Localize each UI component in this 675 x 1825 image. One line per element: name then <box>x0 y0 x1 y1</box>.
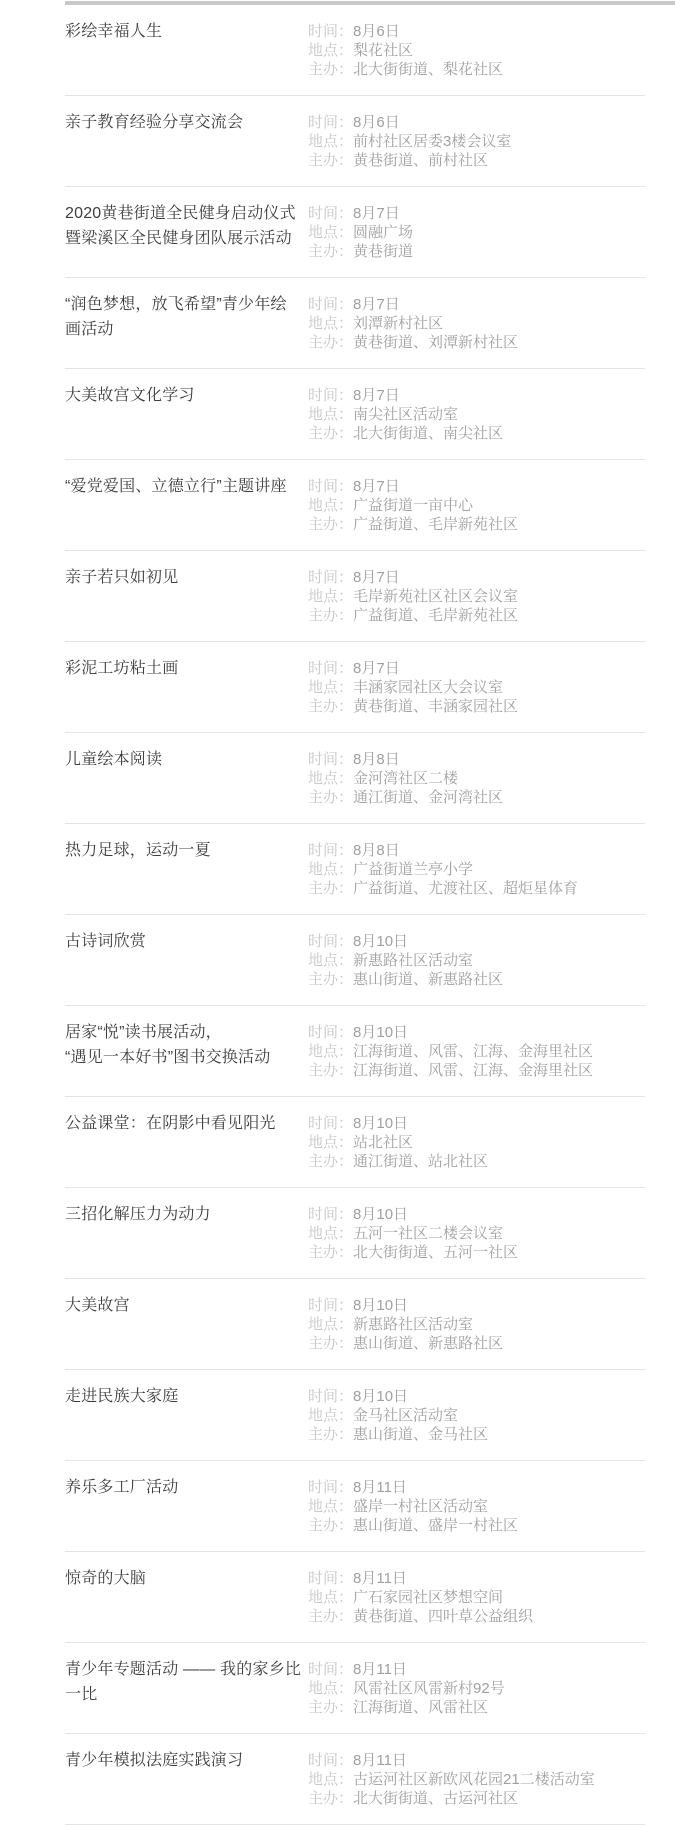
organizer-label: 主办： <box>308 1243 353 1262</box>
event-location-line: 地点： 圆融广场 <box>308 223 645 242</box>
location-value: 江海街道、风雷、江海、金海里社区 <box>353 1042 593 1061</box>
event-details: 时间： 8月10日 地点： 五河一社区二楼会议室 主办： 北大街街道、五河一社区 <box>308 1205 645 1262</box>
event-time-line: 时间： 8月11日 <box>308 1751 645 1770</box>
event-time-line: 时间： 8月11日 <box>308 1478 645 1497</box>
event-location-line: 地点： 盛岸一村社区活动室 <box>308 1497 645 1516</box>
time-label: 时间： <box>308 1478 353 1497</box>
event-title: 亲子教育经验分享交流会 <box>65 110 308 135</box>
time-value: 8月7日 <box>353 386 400 405</box>
event-organizer-line: 主办： 广益街道、毛岸新苑社区 <box>308 606 645 625</box>
time-label: 时间： <box>308 1751 353 1770</box>
event-time-line: 时间： 8月10日 <box>308 1387 645 1406</box>
event-title: 公益课堂：在阴影中看见阳光 <box>65 1111 308 1136</box>
location-value: 广石家园社区梦想空间 <box>353 1588 503 1607</box>
event-title: 青少年专题活动 —— 我的家乡比一比 <box>65 1657 308 1707</box>
event-organizer-line: 主办： 广益街道、毛岸新苑社区 <box>308 515 645 534</box>
location-label: 地点： <box>308 678 353 697</box>
organizer-value: 惠山街道、新惠路社区 <box>353 1334 503 1353</box>
event-title: 彩绘幸福人生 <box>65 19 308 44</box>
event-title: 热力足球，运动一夏 <box>65 838 308 863</box>
event-row: 三招化解压力为动力 时间： 8月10日 地点： 五河一社区二楼会议室 主办： 北… <box>65 1188 645 1279</box>
organizer-label: 主办： <box>308 515 353 534</box>
location-value: 南尖社区活动室 <box>353 405 458 424</box>
event-row: 青少年模拟法庭实践演习 时间： 8月11日 地点： 古运河社区新欧风花园21二楼… <box>65 1734 645 1825</box>
organizer-value: 黄巷街道、四叶草公益组织 <box>353 1607 533 1626</box>
event-location-line: 地点： 新惠路社区活动室 <box>308 1315 645 1334</box>
organizer-label: 主办： <box>308 1061 353 1080</box>
event-location-line: 地点： 站北社区 <box>308 1133 645 1152</box>
event-row: 走进民族大家庭 时间： 8月10日 地点： 金马社区活动室 主办： 惠山街道、金… <box>65 1370 645 1461</box>
organizer-value: 北大街街道、南尖社区 <box>353 424 503 443</box>
time-value: 8月10日 <box>353 1023 408 1042</box>
organizer-label: 主办： <box>308 1425 353 1444</box>
event-location-line: 地点： 金河湾社区二楼 <box>308 769 645 788</box>
event-organizer-line: 主办： 黄巷街道、丰涵家园社区 <box>308 697 645 716</box>
event-location-line: 地点： 江海街道、风雷、江海、金海里社区 <box>308 1042 645 1061</box>
event-organizer-line: 主办： 黄巷街道、四叶草公益组织 <box>308 1607 645 1626</box>
location-value: 毛岸新苑社区社区会议室 <box>353 587 518 606</box>
organizer-label: 主办： <box>308 1607 353 1626</box>
event-time-line: 时间： 8月6日 <box>308 22 645 41</box>
time-value: 8月11日 <box>353 1660 407 1679</box>
event-details: 时间： 8月6日 地点： 梨花社区 主办： 北大街街道、梨花社区 <box>308 22 645 79</box>
event-details: 时间： 8月6日 地点： 前村社区居委3楼会议室 主办： 黄巷街道、前村社区 <box>308 113 645 170</box>
location-label: 地点： <box>308 1315 353 1334</box>
time-label: 时间： <box>308 1023 353 1042</box>
event-organizer-line: 主办： 通江街道、站北社区 <box>308 1152 645 1171</box>
organizer-value: 黄巷街道、丰涵家园社区 <box>353 697 518 716</box>
location-value: 盛岸一村社区活动室 <box>353 1497 488 1516</box>
location-label: 地点： <box>308 1497 353 1516</box>
event-time-line: 时间： 8月10日 <box>308 1114 645 1133</box>
event-title: 居家“悦”读书展活动， “遇见一本好书”图书交换活动 <box>65 1020 308 1070</box>
organizer-label: 主办： <box>308 1698 353 1717</box>
event-row: 2020黄巷街道全民健身启动仪式 暨梁溪区全民健身团队展示活动 时间： 8月7日… <box>65 187 645 278</box>
time-value: 8月10日 <box>353 932 408 951</box>
event-organizer-line: 主办： 北大街街道、古运河社区 <box>308 1789 645 1808</box>
event-location-line: 地点： 风雷社区风雷新村92号 <box>308 1679 645 1698</box>
event-row: 大美故宫文化学习 时间： 8月7日 地点： 南尖社区活动室 主办： 北大街街道、… <box>65 369 645 460</box>
event-location-line: 地点： 刘潭新村社区 <box>308 314 645 333</box>
time-value: 8月10日 <box>353 1205 408 1224</box>
event-row: 亲子若只如初见 时间： 8月7日 地点： 毛岸新苑社区社区会议室 主办： 广益街… <box>65 551 645 642</box>
organizer-label: 主办： <box>308 879 353 898</box>
organizer-label: 主办： <box>308 1789 353 1808</box>
location-label: 地点： <box>308 1042 353 1061</box>
event-organizer-line: 主办： 北大街街道、南尖社区 <box>308 424 645 443</box>
time-value: 8月7日 <box>353 204 400 223</box>
time-label: 时间： <box>308 659 353 678</box>
event-details: 时间： 8月7日 地点： 圆融广场 主办： 黄巷街道 <box>308 204 645 261</box>
event-time-line: 时间： 8月10日 <box>308 1205 645 1224</box>
organizer-value: 广益街道、尤渡社区、超炬星体育 <box>353 879 578 898</box>
event-details: 时间： 8月10日 地点： 站北社区 主办： 通江街道、站北社区 <box>308 1114 645 1171</box>
location-value: 圆融广场 <box>353 223 413 242</box>
organizer-label: 主办： <box>308 1334 353 1353</box>
organizer-value: 惠山街道、新惠路社区 <box>353 970 503 989</box>
event-time-line: 时间： 8月11日 <box>308 1569 645 1588</box>
time-value: 8月8日 <box>353 841 400 860</box>
event-details: 时间： 8月10日 地点： 新惠路社区活动室 主办： 惠山街道、新惠路社区 <box>308 932 645 989</box>
event-time-line: 时间： 8月10日 <box>308 932 645 951</box>
organizer-label: 主办： <box>308 788 353 807</box>
time-value: 8月8日 <box>353 750 400 769</box>
time-label: 时间： <box>308 295 353 314</box>
organizer-value: 江海街道、风雷、江海、金海里社区 <box>353 1061 593 1080</box>
time-value: 8月6日 <box>353 22 400 41</box>
event-row: 青少年专题活动 —— 我的家乡比一比 时间： 8月11日 地点： 风雷社区风雷新… <box>65 1643 645 1734</box>
location-label: 地点： <box>308 769 353 788</box>
location-value: 金河湾社区二楼 <box>353 769 458 788</box>
location-value: 古运河社区新欧风花园21二楼活动室 <box>353 1770 595 1789</box>
event-organizer-line: 主办： 江海街道、风雷、江海、金海里社区 <box>308 1061 645 1080</box>
time-value: 8月7日 <box>353 568 400 587</box>
event-details: 时间： 8月11日 地点： 盛岸一村社区活动室 主办： 惠山街道、盛岸一村社区 <box>308 1478 645 1535</box>
time-value: 8月7日 <box>353 659 400 678</box>
location-value: 梨花社区 <box>353 41 413 60</box>
time-value: 8月6日 <box>353 113 400 132</box>
event-details: 时间： 8月8日 地点： 金河湾社区二楼 主办： 通江街道、金河湾社区 <box>308 750 645 807</box>
organizer-label: 主办： <box>308 1152 353 1171</box>
event-location-line: 地点： 丰涵家园社区大会议室 <box>308 678 645 697</box>
event-row: 惊奇的大脑 时间： 8月11日 地点： 广石家园社区梦想空间 主办： 黄巷街道、… <box>65 1552 645 1643</box>
organizer-value: 广益街道、毛岸新苑社区 <box>353 515 518 534</box>
location-label: 地点： <box>308 1588 353 1607</box>
organizer-value: 惠山街道、金马社区 <box>353 1425 488 1444</box>
event-time-line: 时间： 8月11日 <box>308 1660 645 1679</box>
organizer-value: 北大街街道、五河一社区 <box>353 1243 518 1262</box>
time-label: 时间： <box>308 22 353 41</box>
organizer-value: 通江街道、金河湾社区 <box>353 788 503 807</box>
event-details: 时间： 8月11日 地点： 广石家园社区梦想空间 主办： 黄巷街道、四叶草公益组… <box>308 1569 645 1626</box>
event-organizer-line: 主办： 黄巷街道、前村社区 <box>308 151 645 170</box>
event-details: 时间： 8月10日 地点： 新惠路社区活动室 主办： 惠山街道、新惠路社区 <box>308 1296 645 1353</box>
event-row: 热力足球，运动一夏 时间： 8月8日 地点： 广益街道兰亭小学 主办： 广益街道… <box>65 824 645 915</box>
location-value: 金马社区活动室 <box>353 1406 458 1425</box>
event-details: 时间： 8月7日 地点： 毛岸新苑社区社区会议室 主办： 广益街道、毛岸新苑社区 <box>308 568 645 625</box>
event-title: 彩泥工坊粘土画 <box>65 656 308 681</box>
location-value: 五河一社区二楼会议室 <box>353 1224 503 1243</box>
event-time-line: 时间： 8月10日 <box>308 1023 645 1042</box>
event-time-line: 时间： 8月7日 <box>308 386 645 405</box>
event-organizer-line: 主办： 广益街道、尤渡社区、超炬星体育 <box>308 879 645 898</box>
organizer-value: 北大街街道、梨花社区 <box>353 60 503 79</box>
event-row: 彩泥工坊粘土画 时间： 8月7日 地点： 丰涵家园社区大会议室 主办： 黄巷街道… <box>65 642 645 733</box>
time-label: 时间： <box>308 1296 353 1315</box>
event-location-line: 地点： 梨花社区 <box>308 41 645 60</box>
event-time-line: 时间： 8月7日 <box>308 568 645 587</box>
time-value: 8月10日 <box>353 1296 408 1315</box>
event-details: 时间： 8月11日 地点： 古运河社区新欧风花园21二楼活动室 主办： 北大街街… <box>308 1751 645 1808</box>
time-value: 8月10日 <box>353 1114 408 1133</box>
organizer-label: 主办： <box>308 60 353 79</box>
location-value: 站北社区 <box>353 1133 413 1152</box>
event-row: “爱党爱国、立德立行”主题讲座 时间： 8月7日 地点： 广益街道一亩中心 主办… <box>65 460 645 551</box>
organizer-label: 主办： <box>308 970 353 989</box>
event-row: “润色梦想，放飞希望”青少年绘画活动 时间： 8月7日 地点： 刘潭新村社区 主… <box>65 278 645 369</box>
event-details: 时间： 8月10日 地点： 金马社区活动室 主办： 惠山街道、金马社区 <box>308 1387 645 1444</box>
event-organizer-line: 主办： 惠山街道、盛岸一村社区 <box>308 1516 645 1535</box>
event-location-line: 地点： 五河一社区二楼会议室 <box>308 1224 645 1243</box>
event-title: 古诗词欣赏 <box>65 929 308 954</box>
event-title: 大美故宫 <box>65 1293 308 1318</box>
location-label: 地点： <box>308 1224 353 1243</box>
location-value: 刘潭新村社区 <box>353 314 443 333</box>
time-label: 时间： <box>308 1387 353 1406</box>
location-value: 广益街道一亩中心 <box>353 496 473 515</box>
time-label: 时间： <box>308 1114 353 1133</box>
event-title: 走进民族大家庭 <box>65 1384 308 1409</box>
event-title: 三招化解压力为动力 <box>65 1202 308 1227</box>
time-label: 时间： <box>308 932 353 951</box>
time-label: 时间： <box>308 386 353 405</box>
organizer-value: 江海街道、风雷社区 <box>353 1698 488 1717</box>
event-title: 养乐多工厂活动 <box>65 1475 308 1500</box>
location-label: 地点： <box>308 41 353 60</box>
event-organizer-line: 主办： 黄巷街道 <box>308 242 645 261</box>
organizer-label: 主办： <box>308 242 353 261</box>
time-value: 8月11日 <box>353 1569 407 1588</box>
event-time-line: 时间： 8月8日 <box>308 841 645 860</box>
organizer-value: 黄巷街道、前村社区 <box>353 151 488 170</box>
event-row: 大美故宫 时间： 8月10日 地点： 新惠路社区活动室 主办： 惠山街道、新惠路… <box>65 1279 645 1370</box>
event-location-line: 地点： 古运河社区新欧风花园21二楼活动室 <box>308 1770 645 1789</box>
event-organizer-line: 主办： 黄巷街道、刘潭新村社区 <box>308 333 645 352</box>
organizer-label: 主办： <box>308 151 353 170</box>
event-title: 2020黄巷街道全民健身启动仪式 暨梁溪区全民健身团队展示活动 <box>65 201 308 251</box>
event-title: 儿童绘本阅读 <box>65 747 308 772</box>
event-location-line: 地点： 毛岸新苑社区社区会议室 <box>308 587 645 606</box>
location-value: 新惠路社区活动室 <box>353 1315 473 1334</box>
event-time-line: 时间： 8月10日 <box>308 1296 645 1315</box>
organizer-label: 主办： <box>308 606 353 625</box>
time-value: 8月7日 <box>353 477 400 496</box>
event-row: 亲子教育经验分享交流会 时间： 8月6日 地点： 前村社区居委3楼会议室 主办：… <box>65 96 645 187</box>
organizer-value: 黄巷街道 <box>353 242 413 261</box>
event-location-line: 地点： 广益街道一亩中心 <box>308 496 645 515</box>
event-details: 时间： 8月11日 地点： 风雷社区风雷新村92号 主办： 江海街道、风雷社区 <box>308 1660 645 1717</box>
location-label: 地点： <box>308 587 353 606</box>
organizer-value: 黄巷街道、刘潭新村社区 <box>353 333 518 352</box>
event-list: 彩绘幸福人生 时间： 8月6日 地点： 梨花社区 主办： 北大街街道、梨花社区 … <box>0 5 675 1825</box>
event-organizer-line: 主办： 北大街街道、五河一社区 <box>308 1243 645 1262</box>
location-label: 地点： <box>308 951 353 970</box>
event-details: 时间： 8月7日 地点： 刘潭新村社区 主办： 黄巷街道、刘潭新村社区 <box>308 295 645 352</box>
event-details: 时间： 8月7日 地点： 广益街道一亩中心 主办： 广益街道、毛岸新苑社区 <box>308 477 645 534</box>
organizer-value: 惠山街道、盛岸一村社区 <box>353 1516 518 1535</box>
event-title: 惊奇的大脑 <box>65 1566 308 1591</box>
organizer-label: 主办： <box>308 697 353 716</box>
time-label: 时间： <box>308 750 353 769</box>
location-value: 丰涵家园社区大会议室 <box>353 678 503 697</box>
time-label: 时间： <box>308 568 353 587</box>
event-time-line: 时间： 8月7日 <box>308 204 645 223</box>
event-row: 居家“悦”读书展活动， “遇见一本好书”图书交换活动 时间： 8月10日 地点：… <box>65 1006 645 1097</box>
event-location-line: 地点： 新惠路社区活动室 <box>308 951 645 970</box>
time-label: 时间： <box>308 477 353 496</box>
location-value: 广益街道兰亭小学 <box>353 860 473 879</box>
event-details: 时间： 8月8日 地点： 广益街道兰亭小学 主办： 广益街道、尤渡社区、超炬星体… <box>308 841 645 898</box>
event-location-line: 地点： 广益街道兰亭小学 <box>308 860 645 879</box>
time-label: 时间： <box>308 204 353 223</box>
event-organizer-line: 主办： 通江街道、金河湾社区 <box>308 788 645 807</box>
time-value: 8月7日 <box>353 295 400 314</box>
location-value: 新惠路社区活动室 <box>353 951 473 970</box>
event-title: “爱党爱国、立德立行”主题讲座 <box>65 474 308 499</box>
organizer-value: 北大街街道、古运河社区 <box>353 1789 518 1808</box>
event-organizer-line: 主办： 惠山街道、金马社区 <box>308 1425 645 1444</box>
location-label: 地点： <box>308 223 353 242</box>
event-organizer-line: 主办： 北大街街道、梨花社区 <box>308 60 645 79</box>
event-time-line: 时间： 8月8日 <box>308 750 645 769</box>
event-location-line: 地点： 金马社区活动室 <box>308 1406 645 1425</box>
event-details: 时间： 8月7日 地点： 南尖社区活动室 主办： 北大街街道、南尖社区 <box>308 386 645 443</box>
location-value: 前村社区居委3楼会议室 <box>353 132 511 151</box>
time-label: 时间： <box>308 1205 353 1224</box>
organizer-value: 广益街道、毛岸新苑社区 <box>353 606 518 625</box>
time-value: 8月10日 <box>353 1387 408 1406</box>
event-row: 彩绘幸福人生 时间： 8月6日 地点： 梨花社区 主办： 北大街街道、梨花社区 <box>65 5 645 96</box>
location-label: 地点： <box>308 405 353 424</box>
location-label: 地点： <box>308 314 353 333</box>
event-time-line: 时间： 8月7日 <box>308 659 645 678</box>
event-row: 古诗词欣赏 时间： 8月10日 地点： 新惠路社区活动室 主办： 惠山街道、新惠… <box>65 915 645 1006</box>
time-label: 时间： <box>308 841 353 860</box>
organizer-label: 主办： <box>308 1516 353 1535</box>
event-time-line: 时间： 8月6日 <box>308 113 645 132</box>
event-title: 大美故宫文化学习 <box>65 383 308 408</box>
organizer-label: 主办： <box>308 333 353 352</box>
event-time-line: 时间： 8月7日 <box>308 295 645 314</box>
event-location-line: 地点： 前村社区居委3楼会议室 <box>308 132 645 151</box>
event-row: 儿童绘本阅读 时间： 8月8日 地点： 金河湾社区二楼 主办： 通江街道、金河湾… <box>65 733 645 824</box>
event-location-line: 地点： 南尖社区活动室 <box>308 405 645 424</box>
activity-schedule-page: 彩绘幸福人生 时间： 8月6日 地点： 梨花社区 主办： 北大街街道、梨花社区 … <box>0 0 675 1825</box>
event-organizer-line: 主办： 惠山街道、新惠路社区 <box>308 970 645 989</box>
event-organizer-line: 主办： 江海街道、风雷社区 <box>308 1698 645 1717</box>
location-label: 地点： <box>308 496 353 515</box>
time-value: 8月11日 <box>353 1478 407 1497</box>
event-details: 时间： 8月10日 地点： 江海街道、风雷、江海、金海里社区 主办： 江海街道、… <box>308 1023 645 1080</box>
location-label: 地点： <box>308 1133 353 1152</box>
event-title: 亲子若只如初见 <box>65 565 308 590</box>
event-title: 青少年模拟法庭实践演习 <box>65 1748 308 1773</box>
event-details: 时间： 8月7日 地点： 丰涵家园社区大会议室 主办： 黄巷街道、丰涵家园社区 <box>308 659 645 716</box>
location-label: 地点： <box>308 132 353 151</box>
time-value: 8月11日 <box>353 1751 407 1770</box>
event-location-line: 地点： 广石家园社区梦想空间 <box>308 1588 645 1607</box>
event-time-line: 时间： 8月7日 <box>308 477 645 496</box>
location-label: 地点： <box>308 1770 353 1789</box>
location-value: 风雷社区风雷新村92号 <box>353 1679 505 1698</box>
time-label: 时间： <box>308 113 353 132</box>
location-label: 地点： <box>308 1406 353 1425</box>
event-title: “润色梦想，放飞希望”青少年绘画活动 <box>65 292 308 342</box>
event-organizer-line: 主办： 惠山街道、新惠路社区 <box>308 1334 645 1353</box>
time-label: 时间： <box>308 1569 353 1588</box>
organizer-value: 通江街道、站北社区 <box>353 1152 488 1171</box>
event-row: 公益课堂：在阴影中看见阳光 时间： 8月10日 地点： 站北社区 主办： 通江街… <box>65 1097 645 1188</box>
location-label: 地点： <box>308 1679 353 1698</box>
location-label: 地点： <box>308 860 353 879</box>
event-row: 养乐多工厂活动 时间： 8月11日 地点： 盛岸一村社区活动室 主办： 惠山街道… <box>65 1461 645 1552</box>
time-label: 时间： <box>308 1660 353 1679</box>
organizer-label: 主办： <box>308 424 353 443</box>
